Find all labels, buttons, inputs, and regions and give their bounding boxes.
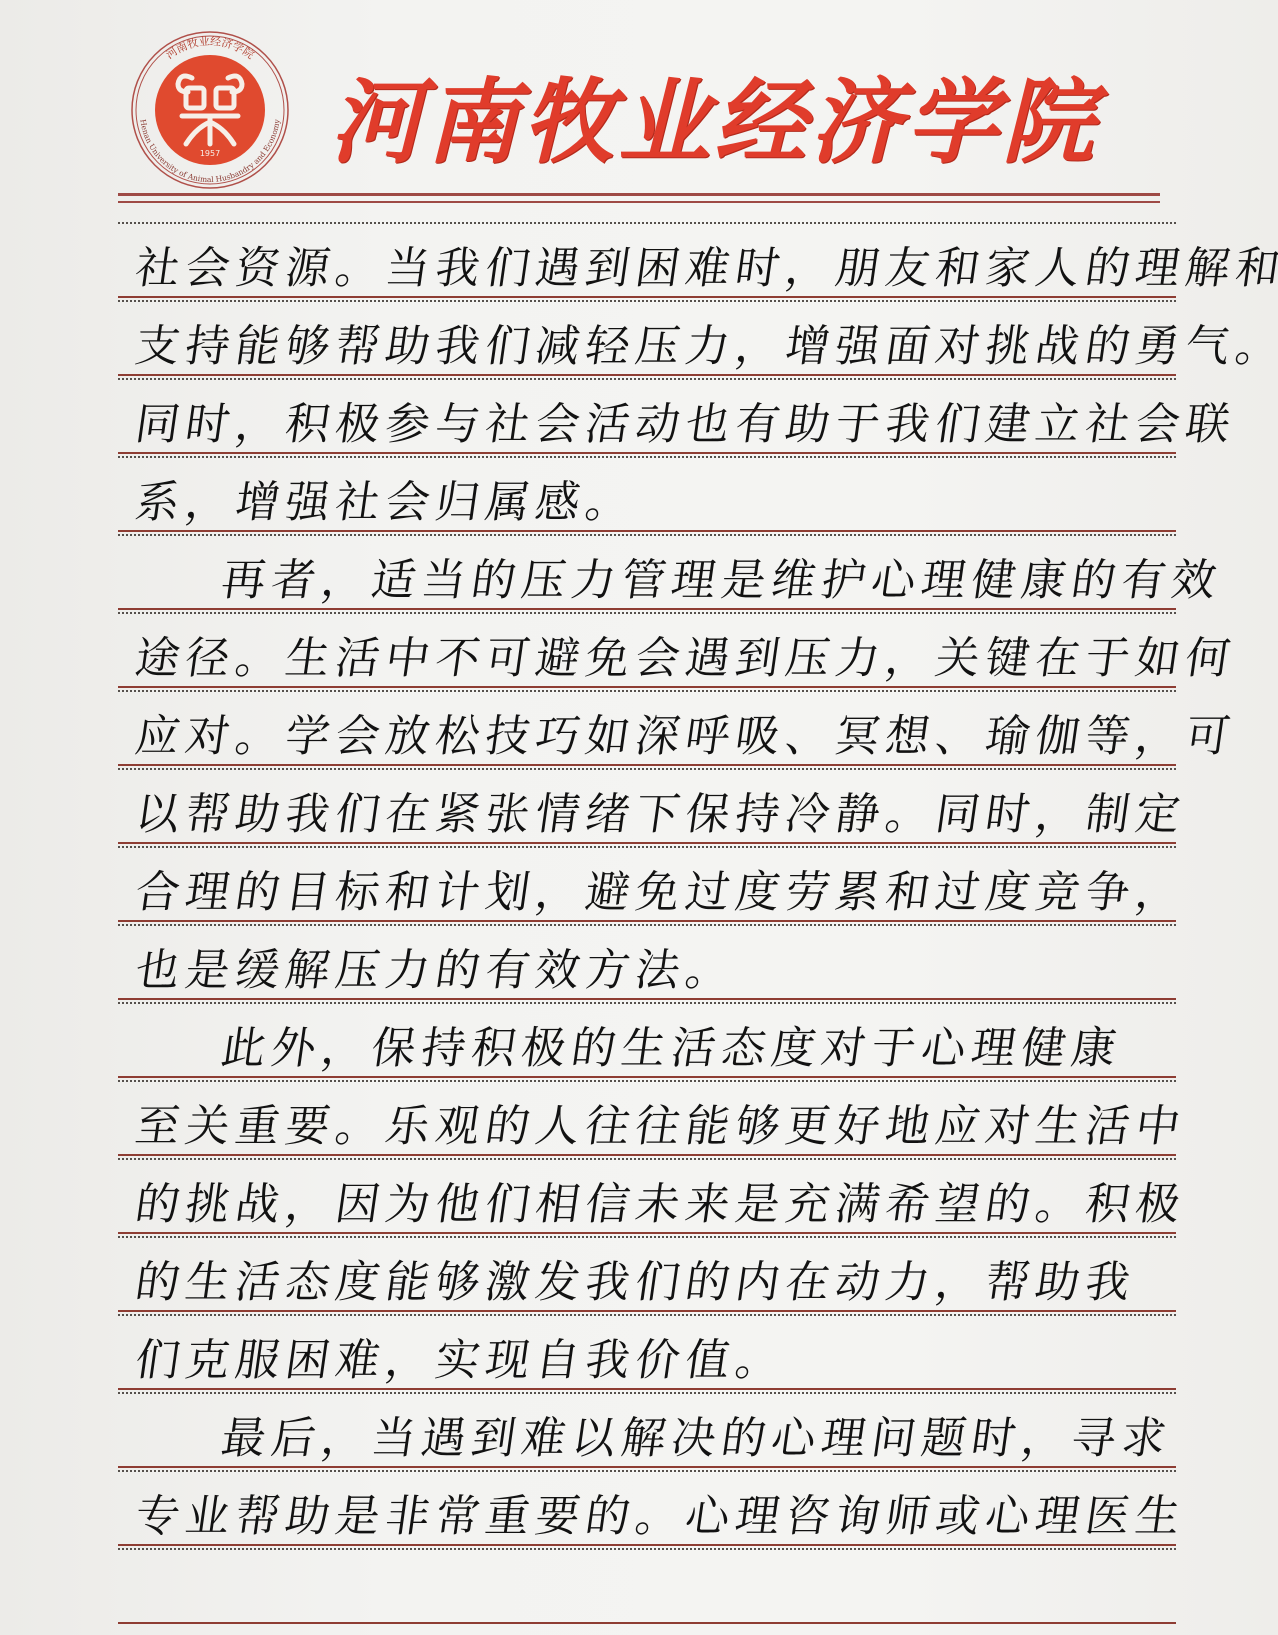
text-line: 也是缓解压力的有效方法。 — [118, 924, 1176, 1000]
baseline-rule — [118, 608, 1176, 610]
dotted-guide — [118, 222, 1176, 224]
line-text: 们克服困难，实现自我价值。 — [132, 1335, 789, 1387]
line-text: 也是缓解压力的有效方法。 — [132, 945, 739, 997]
line-text: 的生活态度能够激发我们的内在动力，帮助我 — [132, 1257, 1139, 1309]
line-text: 专业帮助是非常重要的。心理咨询师或心理医生 — [132, 1491, 1189, 1543]
dotted-guide — [118, 612, 1176, 614]
dotted-guide — [118, 1548, 1176, 1550]
baseline-rule — [118, 1076, 1176, 1078]
line-text: 的挑战，因为他们相信未来是充满希望的。积极 — [132, 1179, 1189, 1231]
dotted-guide — [118, 1392, 1176, 1394]
dotted-guide — [118, 378, 1176, 380]
dotted-guide — [118, 690, 1176, 692]
baseline-rule — [118, 1232, 1176, 1234]
text-line: 系，增强社会归属感。 — [118, 456, 1176, 532]
line-text: 系，增强社会归属感。 — [132, 477, 639, 529]
text-line: 以帮助我们在紧张情绪下保持冷静。同时，制定 — [118, 768, 1176, 844]
dotted-guide — [118, 1236, 1176, 1238]
dotted-guide — [118, 768, 1176, 770]
dotted-guide — [118, 1080, 1176, 1082]
line-text: 以帮助我们在紧张情绪下保持冷静。同时，制定 — [132, 789, 1189, 841]
baseline-rule — [118, 296, 1176, 298]
text-line: 途径。生活中不可避免会遇到压力，关键在于如何 — [118, 612, 1176, 688]
text-line — [118, 1548, 1176, 1624]
text-line: 的生活态度能够激发我们的内在动力，帮助我 — [118, 1236, 1176, 1312]
text-line: 至关重要。乐观的人往往能够更好地应对生活中 — [118, 1080, 1176, 1156]
text-line: 应对。学会放松技巧如深呼吸、冥想、瑜伽等，可 — [118, 690, 1176, 766]
line-text: 支持能够帮助我们减轻压力，增强面对挑战的勇气。 — [132, 321, 1278, 373]
baseline-rule — [118, 842, 1176, 844]
baseline-rule — [118, 452, 1176, 454]
text-line: 专业帮助是非常重要的。心理咨询师或心理医生 — [118, 1470, 1176, 1546]
baseline-rule — [118, 1622, 1176, 1624]
baseline-rule — [118, 530, 1176, 532]
baseline-rule — [118, 998, 1176, 1000]
text-line: 合理的目标和计划，避免过度劳累和过度竞争， — [118, 846, 1176, 922]
baseline-rule — [118, 686, 1176, 688]
line-text: 合理的目标和计划，避免过度劳累和过度竞争， — [132, 867, 1189, 919]
line-text: 最后，当遇到难以解决的心理问题时，寻求 — [218, 1413, 1175, 1465]
baseline-rule — [118, 374, 1176, 376]
line-text: 同时，积极参与社会活动也有助于我们建立社会联 — [132, 399, 1239, 451]
line-text: 应对。学会放松技巧如深呼吸、冥想、瑜伽等，可 — [132, 711, 1239, 763]
baseline-rule — [118, 1388, 1176, 1390]
dotted-guide — [118, 1002, 1176, 1004]
baseline-rule — [118, 1466, 1176, 1468]
handwritten-body: 社会资源。当我们遇到困难时，朋友和家人的理解和 支持能够帮助我们减轻压力，增强面… — [0, 0, 1278, 1635]
text-line: 们克服困难，实现自我价值。 — [118, 1314, 1176, 1390]
dotted-guide — [118, 846, 1176, 848]
dotted-guide — [118, 534, 1176, 536]
text-line: 社会资源。当我们遇到困难时，朋友和家人的理解和 — [118, 222, 1176, 298]
baseline-rule — [118, 1544, 1176, 1546]
dotted-guide — [118, 456, 1176, 458]
text-line: 此外，保持积极的生活态度对于心理健康 — [118, 1002, 1176, 1078]
line-text: 社会资源。当我们遇到困难时，朋友和家人的理解和 — [132, 243, 1278, 295]
text-line: 的挑战，因为他们相信未来是充满希望的。积极 — [118, 1158, 1176, 1234]
baseline-rule — [118, 764, 1176, 766]
line-text: 途径。生活中不可避免会遇到压力，关键在于如何 — [132, 633, 1239, 685]
text-line: 最后，当遇到难以解决的心理问题时，寻求 — [118, 1392, 1176, 1468]
dotted-guide — [118, 1470, 1176, 1472]
text-line: 支持能够帮助我们减轻压力，增强面对挑战的勇气。 — [118, 300, 1176, 376]
baseline-rule — [118, 1154, 1176, 1156]
dotted-guide — [118, 924, 1176, 926]
text-line: 再者，适当的压力管理是维护心理健康的有效 — [118, 534, 1176, 610]
baseline-rule — [118, 1310, 1176, 1312]
line-text: 此外，保持积极的生活态度对于心理健康 — [218, 1023, 1125, 1075]
line-text: 至关重要。乐观的人往往能够更好地应对生活中 — [132, 1101, 1189, 1153]
text-line: 同时，积极参与社会活动也有助于我们建立社会联 — [118, 378, 1176, 454]
dotted-guide — [118, 1314, 1176, 1316]
dotted-guide — [118, 300, 1176, 302]
line-text: 再者，适当的压力管理是维护心理健康的有效 — [218, 555, 1225, 607]
baseline-rule — [118, 920, 1176, 922]
dotted-guide — [118, 1158, 1176, 1160]
